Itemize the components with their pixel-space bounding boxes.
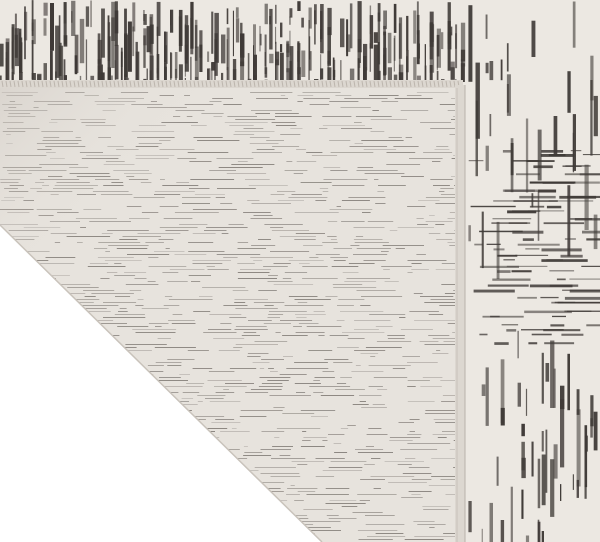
top-fringe xyxy=(2,81,459,87)
rug-photo xyxy=(0,0,600,542)
rug-folded-back xyxy=(0,0,600,542)
